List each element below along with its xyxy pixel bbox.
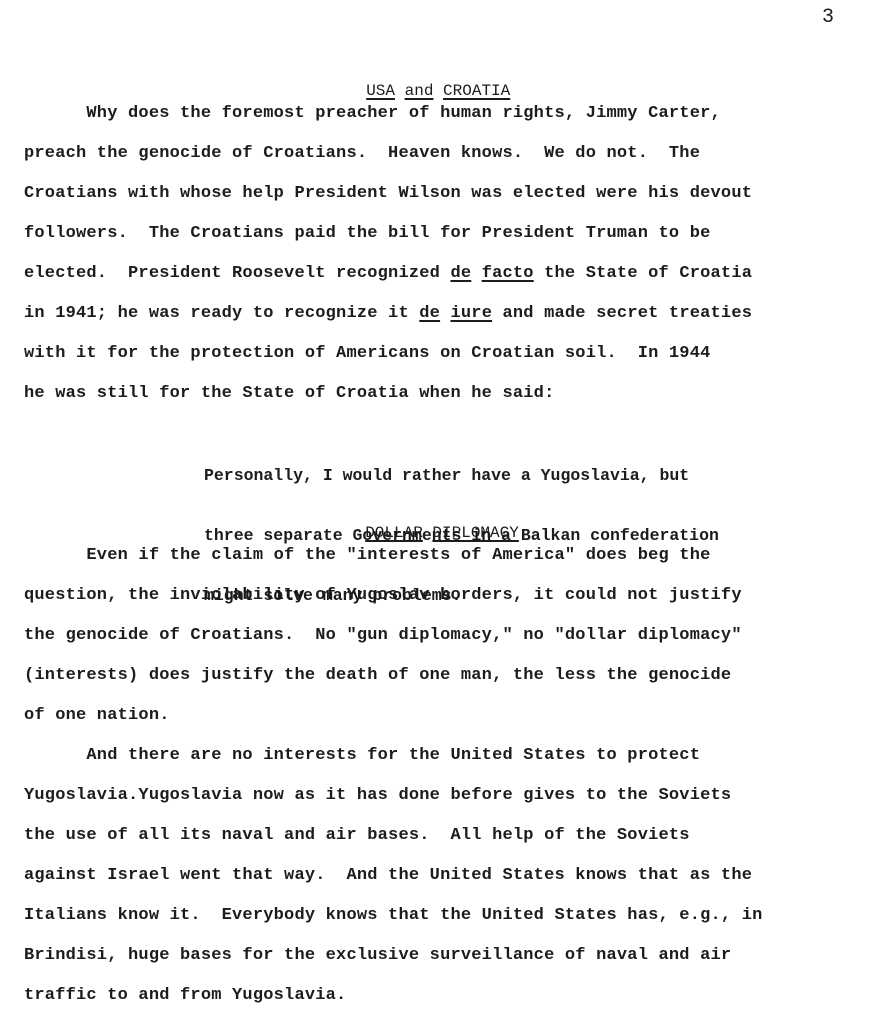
text-line: Croatians with whose help President Wils…: [24, 184, 752, 203]
text-line: Yugoslavia.Yugoslavia now as it has done…: [24, 786, 731, 805]
text-line: he was still for the State of Croatia wh…: [24, 384, 555, 403]
heading-word: and: [405, 82, 434, 100]
section-heading-usa-croatia: USA and CROATIA: [347, 64, 510, 100]
text-line: (interests) does justify the death of on…: [24, 666, 731, 685]
text-span: elected. President Roosevelt recognized: [24, 264, 450, 283]
text-line: preach the genocide of Croatians. Heaven…: [24, 144, 700, 163]
text-line: elected. President Roosevelt recognized …: [24, 264, 752, 283]
text-line: Why does the foremost preacher of human …: [24, 104, 721, 123]
text-line: Even if the claim of the "interests of A…: [24, 546, 711, 565]
heading-word: CROATIA: [443, 82, 510, 100]
quote-line: Personally, I would rather have a Yugosl…: [204, 466, 719, 486]
underlined-term: iure: [450, 304, 492, 323]
text-line: traffic to and from Yugoslavia.: [24, 986, 346, 1005]
underlined-term: de: [450, 264, 471, 283]
underlined-term: facto: [482, 264, 534, 283]
text-line: against Israel went that way. And the Un…: [24, 866, 752, 885]
text-line: Italians know it. Everybody knows that t…: [24, 906, 763, 925]
text-span: the State of Croatia: [534, 264, 752, 283]
text-line: followers. The Croatians paid the bill f…: [24, 224, 711, 243]
text-span: and made secret treaties: [492, 304, 752, 323]
text-line: question, the inviolability of Yugoslav …: [24, 586, 742, 605]
text-line: with it for the protection of Americans …: [24, 344, 711, 363]
text-line: And there are no interests for the Unite…: [24, 746, 700, 765]
text-line: Brindisi, huge bases for the exclusive s…: [24, 946, 731, 965]
heading-word: DOLLAR: [365, 524, 423, 542]
text-line: of one nation.: [24, 706, 170, 725]
section-heading-dollar-diplomacy: DOLLAR DIPLOMACY: [346, 506, 519, 542]
text-line: the genocide of Croatians. No "gun diplo…: [24, 626, 742, 645]
text-line: the use of all its naval and air bases. …: [24, 826, 690, 845]
text-span: in 1941; he was ready to recognize it: [24, 304, 419, 323]
page-number: 3: [822, 6, 834, 29]
underlined-term: de: [419, 304, 440, 323]
heading-word: USA: [366, 82, 395, 100]
heading-word: DIPLOMACY: [432, 524, 518, 542]
text-line: in 1941; he was ready to recognize it de…: [24, 304, 752, 323]
